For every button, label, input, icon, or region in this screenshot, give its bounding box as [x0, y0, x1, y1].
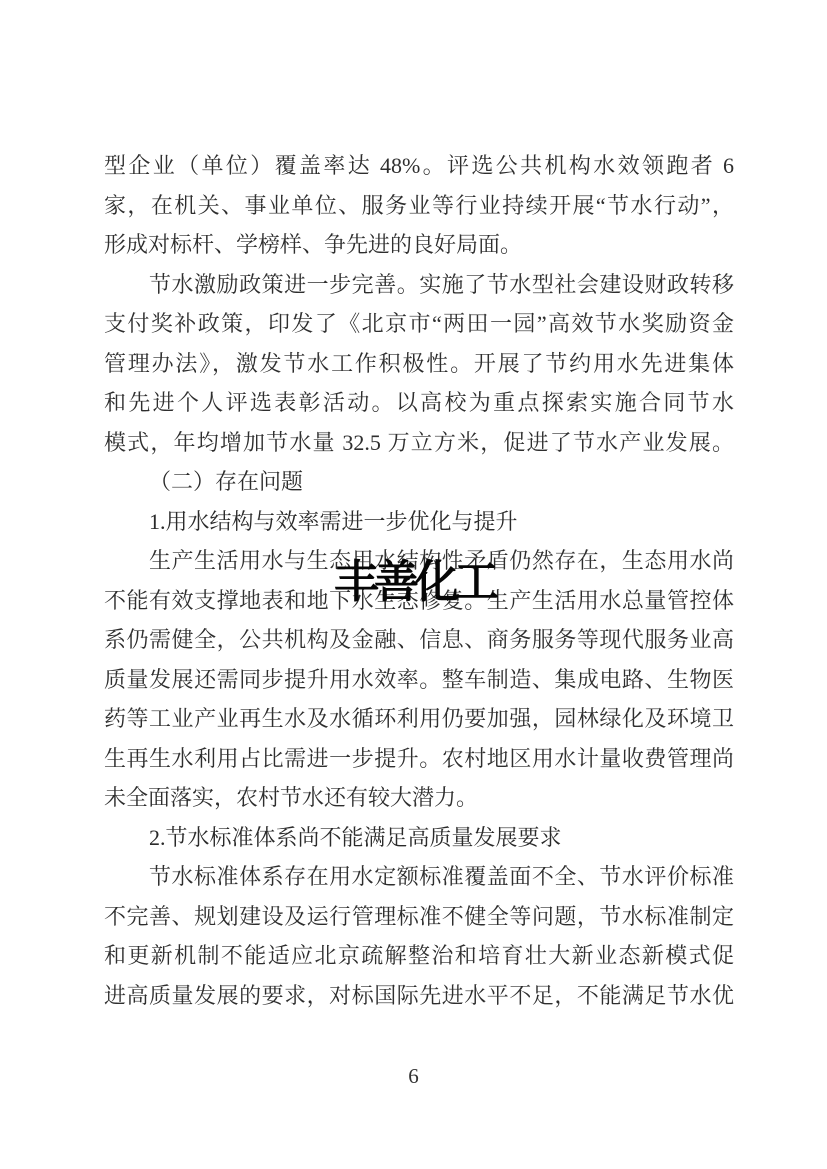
text-line: 节水激励政策进一步完善。实施了节水型社会建设财政转移	[104, 265, 734, 305]
text-line: 支付奖补政策，印发了《北京市“两田一园”高效节水奖励资金	[104, 304, 734, 344]
text-line: 和先进个人评选表彰活动。以高校为重点探索实施合同节水	[104, 383, 734, 423]
watermark: 丰善化工	[334, 556, 494, 608]
text-line: 不完善、规划建设及运行管理标准不健全等问题，节水标准制定	[104, 897, 734, 937]
text-line: 进高质量发展的要求，对标国际先进水平不足，不能满足节水优	[104, 976, 734, 1016]
text-line: 生再生水利用占比需进一步提升。农村地区用水计量收费管理尚	[104, 739, 734, 779]
heading-line: （二）存在问题	[104, 462, 734, 502]
page-number: 6	[0, 1064, 827, 1089]
text-line: 未全面落实，农村节水还有较大潜力。	[104, 778, 734, 818]
text-line: 形成对标杆、学榜样、争先进的良好局面。	[104, 225, 734, 265]
text-line: 管理办法》，激发节水工作积极性。开展了节约用水先进集体	[104, 344, 734, 384]
text-line: 系仍需健全，公共机构及金融、信息、商务服务等现代服务业高	[104, 620, 734, 660]
text-line: 和更新机制不能适应北京疏解整治和培育壮大新业态新模式促	[104, 936, 734, 976]
subheading-line: 2.节水标准体系尚不能满足高质量发展要求	[104, 818, 734, 858]
subheading-line: 1.用水结构与效率需进一步优化与提升	[104, 502, 734, 542]
text-line: 型企业（单位）覆盖率达 48%。评选公共机构水效领跑者 6	[104, 146, 734, 186]
text-line: 质量发展还需同步提升用水效率。整车制造、集成电路、生物医	[104, 660, 734, 700]
text-line: 家，在机关、事业单位、服务业等行业持续开展“节水行动”，	[104, 186, 734, 226]
document-page: 型企业（单位）覆盖率达 48%。评选公共机构水效领跑者 6家，在机关、事业单位、…	[0, 0, 827, 1169]
text-line: 药等工业产业再生水及水循环利用仍要加强，园林绿化及环境卫	[104, 699, 734, 739]
text-line: 模式，年均增加节水量 32.5 万立方米，促进了节水产业发展。	[104, 423, 734, 463]
text-line: 节水标准体系存在用水定额标准覆盖面不全、节水评价标准	[104, 857, 734, 897]
